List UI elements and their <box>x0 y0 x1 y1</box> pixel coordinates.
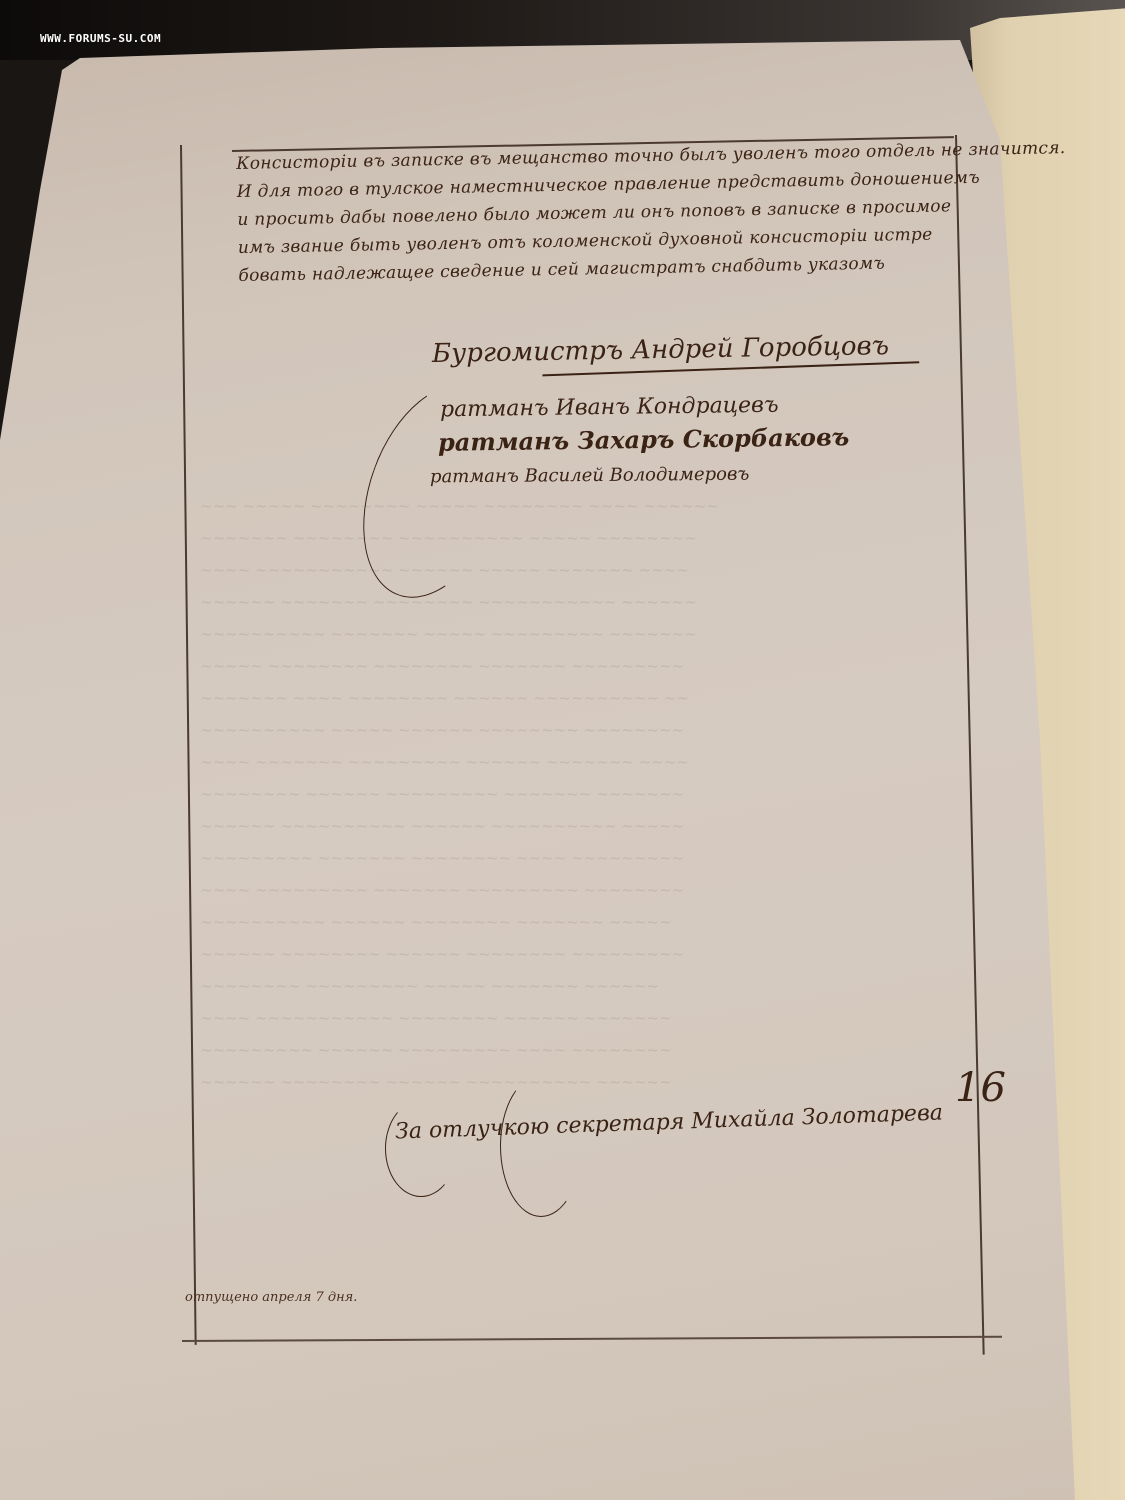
folio-number: 16 <box>955 1065 1006 1111</box>
site-watermark: WWW.FORUMS-SU.COM <box>40 32 161 45</box>
document-body: Консисторіи въ записке въ мещанство точн… <box>236 136 969 290</box>
secretary-flourish <box>500 1075 582 1217</box>
secretary-flourish <box>385 1100 457 1197</box>
dispatch-note: отпущено апреля 7 дня. <box>185 1290 357 1305</box>
